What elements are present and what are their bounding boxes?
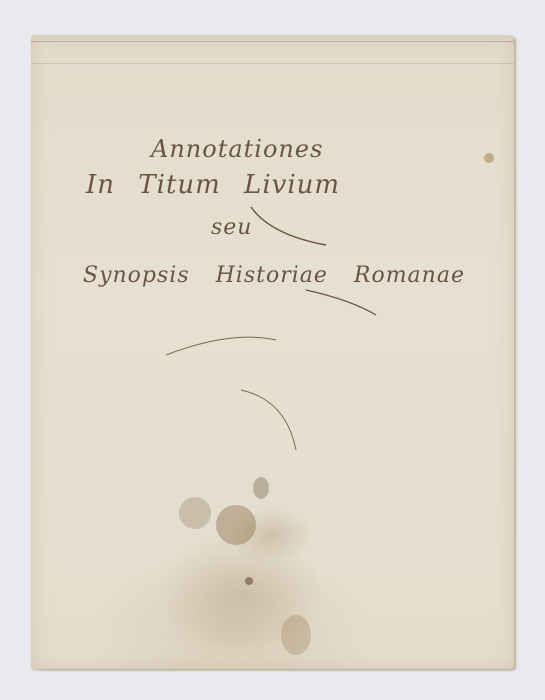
stain [216,505,256,545]
pen-flourishes [31,35,514,669]
stain [245,577,253,585]
manuscript-cover: Annotationes In Titum Livium seu Synopsi… [31,35,514,669]
stain [253,477,269,499]
stain [179,497,211,529]
stain [281,615,311,655]
stain [484,153,494,163]
